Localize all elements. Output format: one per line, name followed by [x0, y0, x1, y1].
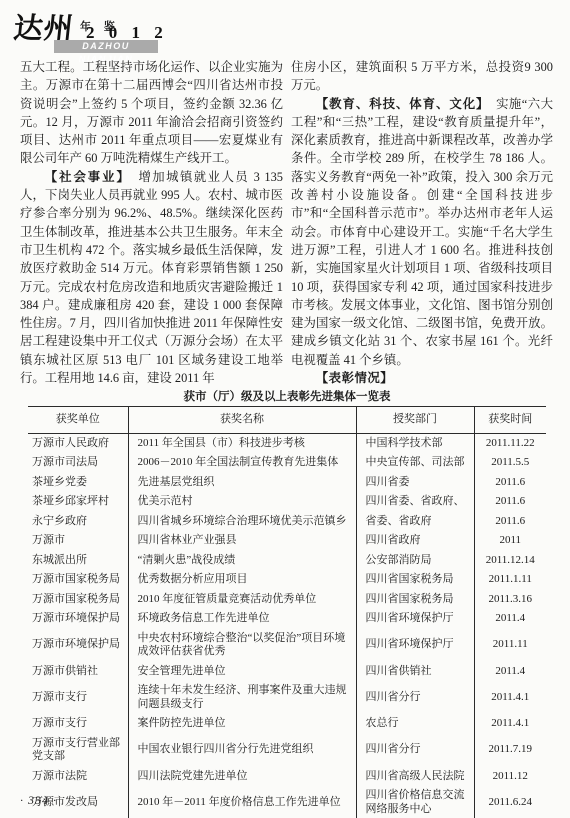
table-cell: 东城派出所: [28, 551, 128, 571]
table-cell: 万源市支行营业部党支部: [28, 734, 128, 767]
paragraph: 【教育、科技、体育、文化】 实施“六大工程”和“三热”工程，建设“教育质量提升年…: [291, 95, 553, 369]
award-table: 获奖单位 获奖名称 授奖部门 获奖时间 万源市人民政府2011 年全国县（市）科…: [28, 406, 546, 818]
table-cell: 2011.1.11: [474, 570, 546, 590]
table-cell: 2011.6: [474, 473, 546, 493]
table-cell: 四川省林业产业强县: [128, 531, 356, 551]
table-cell: 2011.5.5: [474, 453, 546, 473]
masthead-title-row: 达州 年 鉴 2 0 1 2: [14, 6, 234, 40]
entry-label: 【表彰情况】: [316, 371, 393, 385]
table-row: 永宁乡政府四川省城乡环境综合治理环境优美示范镇乡省委、省政府2011.6: [28, 512, 546, 532]
entry-label: 【社会事业】: [45, 170, 131, 184]
table-cell: 2006－2010 年全国法制宣传教育先进集体: [128, 453, 356, 473]
table-cell: 省委、省政府: [356, 512, 474, 532]
masthead: 达州 年 鉴 2 0 1 2 DAZHOU NIANJIAN: [14, 6, 234, 40]
table-cell: 四川省分行: [356, 734, 474, 767]
paragraph: 【表彰情况】: [291, 369, 553, 387]
table-cell: 环境政务信息工作先进单位: [128, 609, 356, 629]
table-cell: 2011: [474, 531, 546, 551]
table-cell: 2011.11.22: [474, 433, 546, 453]
table-cell: 四川省国家税务局: [356, 590, 474, 610]
page-number: · 334 ·: [20, 793, 57, 808]
table-body: 万源市人民政府2011 年全国县（市）科技进步考核中国科学技术部2011.11.…: [28, 433, 546, 818]
table-cell: 万源市环境保护局: [28, 609, 128, 629]
table-row: 万源市环境保护局环境政务信息工作先进单位四川省环境保护厅2011.4: [28, 609, 546, 629]
table-cell: 2011.11: [474, 629, 546, 662]
yearbook-title-en-bar: DAZHOU NIANJIAN: [54, 40, 158, 53]
table-cell: 中央宣传部、司法部: [356, 453, 474, 473]
header-award-date: 获奖时间: [474, 407, 546, 434]
table-row: 万源市四川省林业产业强县四川省政府2011: [28, 531, 546, 551]
paragraph: 住房小区，建筑面积 5 万平方米，总投资9 300万元。: [291, 58, 553, 95]
table-cell: 2011.6: [474, 512, 546, 532]
table-row: 万源市支行案件防控先进单位农总行2011.4.1: [28, 714, 546, 734]
left-column: 五大工程。工程坚持市场化运作、以企业实施为主。万源市在第十二届西博会“四川省达州…: [20, 58, 283, 387]
table-cell: 万源市环境保护局: [28, 629, 128, 662]
table-cell: 安全管理先进单位: [128, 662, 356, 682]
table-cell: 案件防控先进单位: [128, 714, 356, 734]
table-cell: 2011.12: [474, 767, 546, 787]
header-award-unit: 获奖单位: [28, 407, 128, 434]
table-row: 万源市人民政府2011 年全国县（市）科技进步考核中国科学技术部2011.11.…: [28, 433, 546, 453]
table-cell: 中国农业银行四川省分行先进党组织: [128, 734, 356, 767]
table-cell: 优美示范村: [128, 492, 356, 512]
table-cell: 四川省政府: [356, 531, 474, 551]
table-cell: 2011.6: [474, 492, 546, 512]
table-cell: 2011.12.14: [474, 551, 546, 571]
table-cell: 四川省委、省政府、: [356, 492, 474, 512]
table-row: 万源市发改局2010 年－2011 年度价格信息工作先进单位四川省价格信息交流网…: [28, 786, 546, 818]
table-cell: 中央农村环境综合整治“以奖促治”项目环境成效评估获省优秀: [128, 629, 356, 662]
table-cell: 万源市国家税务局: [28, 570, 128, 590]
table-cell: 万源市司法局: [28, 453, 128, 473]
table-cell: 四川法院党建先进单位: [128, 767, 356, 787]
table-row: 茶垭乡邱家坪村优美示范村四川省委、省政府、2011.6: [28, 492, 546, 512]
table-row: 万源市环境保护局中央农村环境综合整治“以奖促治”项目环境成效评估获省优秀四川省环…: [28, 629, 546, 662]
header-award-department: 授奖部门: [356, 407, 474, 434]
table-cell: 2011 年全国县（市）科技进步考核: [128, 433, 356, 453]
table-cell: 先进基层党组织: [128, 473, 356, 493]
table-row: 万源市国家税务局2010 年度征管质量竞赛活动优秀单位四川省国家税务局2011.…: [28, 590, 546, 610]
table-header-row: 获奖单位 获奖名称 授奖部门 获奖时间: [28, 407, 546, 434]
table-cell: 四川省价格信息交流网络服务中心: [356, 786, 474, 818]
table-row: 万源市支行营业部党支部中国农业银行四川省分行先进党组织四川省分行2011.7.1…: [28, 734, 546, 767]
table-cell: 2011.4: [474, 609, 546, 629]
table-cell: 四川省供销社: [356, 662, 474, 682]
table-row: 东城派出所“清剿火患”战役成绩公安部消防局2011.12.14: [28, 551, 546, 571]
table-cell: 四川省环境保护厅: [356, 609, 474, 629]
table-cell: 茶垭乡党委: [28, 473, 128, 493]
table-cell: 万源市: [28, 531, 128, 551]
table-cell: 永宁乡政府: [28, 512, 128, 532]
table-cell: 中国科学技术部: [356, 433, 474, 453]
table-cell: 万源市供销社: [28, 662, 128, 682]
table-cell: 四川省国家税务局: [356, 570, 474, 590]
table-cell: 2011.7.19: [474, 734, 546, 767]
paragraph: 五大工程。工程坚持市场化运作、以企业实施为主。万源市在第十二届西博会“四川省达州…: [20, 58, 283, 168]
table-cell: 2010 年度征管质量竞赛活动优秀单位: [128, 590, 356, 610]
table-cell: 2010 年－2011 年度价格信息工作先进单位: [128, 786, 356, 818]
table-cell: 连续十年未发生经济、刑事案件及重大违规问题县级支行: [128, 681, 356, 714]
paragraph: 【社会事业】 增加城镇就业人员 3 135 人，下岗失业人员再就业 995 人。…: [20, 168, 283, 388]
table-cell: 茶垭乡邱家坪村: [28, 492, 128, 512]
table-cell: 2011.4.1: [474, 681, 546, 714]
table-cell: 优秀数据分析应用项目: [128, 570, 356, 590]
table-row: 万源市法院四川法院党建先进单位四川省高级人民法院2011.12: [28, 767, 546, 787]
table-title: 获市（厅）级及以上表彰先进集体一览表: [28, 388, 546, 404]
table-cell: “清剿火患”战役成绩: [128, 551, 356, 571]
table-cell: 万源市人民政府: [28, 433, 128, 453]
right-column: 住房小区，建筑面积 5 万平方米，总投资9 300万元。【教育、科技、体育、文化…: [291, 58, 553, 387]
table-row: 茶垭乡党委先进基层党组织四川省委2011.6: [28, 473, 546, 493]
table-row: 万源市国家税务局优秀数据分析应用项目四川省国家税务局2011.1.11: [28, 570, 546, 590]
table-cell: 2011.4: [474, 662, 546, 682]
table-row: 万源市司法局2006－2010 年全国法制宣传教育先进集体中央宣传部、司法部20…: [28, 453, 546, 473]
table-cell: 万源市支行: [28, 714, 128, 734]
table-cell: 万源市支行: [28, 681, 128, 714]
table-cell: 四川省委: [356, 473, 474, 493]
table-cell: 四川省城乡环境综合治理环境优美示范镇乡: [128, 512, 356, 532]
table-row: 万源市支行连续十年未发生经济、刑事案件及重大违规问题县级支行四川省分行2011.…: [28, 681, 546, 714]
table-cell: 2011.6.24: [474, 786, 546, 818]
table-cell: 万源市法院: [28, 767, 128, 787]
table-cell: 四川省高级人民法院: [356, 767, 474, 787]
header-award-name: 获奖名称: [128, 407, 356, 434]
table-cell: 2011.4.1: [474, 714, 546, 734]
entry-label: 【教育、科技、体育、文化】: [316, 97, 490, 111]
table-row: 万源市供销社安全管理先进单位四川省供销社2011.4: [28, 662, 546, 682]
table-cell: 四川省分行: [356, 681, 474, 714]
table-cell: 四川省环境保护厅: [356, 629, 474, 662]
table-cell: 农总行: [356, 714, 474, 734]
table-cell: 公安部消防局: [356, 551, 474, 571]
table-cell: 万源市国家税务局: [28, 590, 128, 610]
table-cell: 2011.3.16: [474, 590, 546, 610]
